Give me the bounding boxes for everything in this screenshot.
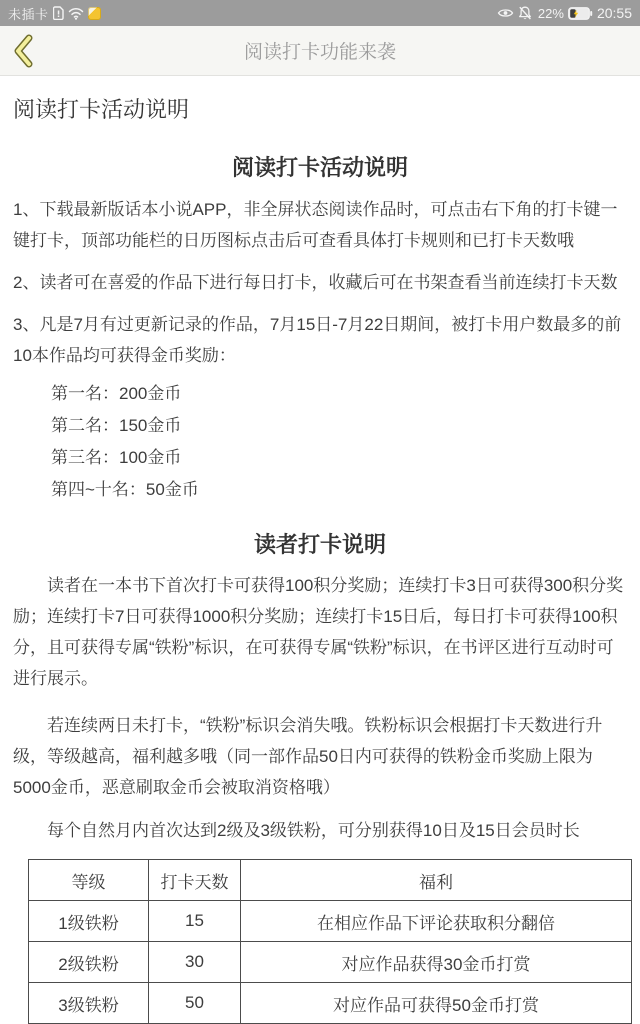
rank-item-second: 第二名：150金币 — [51, 410, 627, 442]
cell-level: 2级铁粉 — [29, 942, 149, 983]
table-row: 2级铁粉 30 对应作品获得30金币打赏 — [29, 942, 632, 983]
reward-ranking-list: 第一名：200金币 第二名：150金币 第三名：100金币 第四~十名：50金币 — [51, 378, 627, 506]
cell-level: 3级铁粉 — [29, 983, 149, 1024]
back-button[interactable] — [10, 33, 36, 69]
cell-days: 15 — [149, 901, 241, 942]
no-sim-icon — [53, 6, 64, 20]
cell-days: 30 — [149, 942, 241, 983]
col-header-level: 等级 — [29, 860, 149, 901]
col-header-days: 打卡天数 — [149, 860, 241, 901]
cell-benefit: 对应作品获得30金币打赏 — [241, 942, 632, 983]
back-chevron-icon — [12, 34, 34, 68]
page-title: 阅读打卡功能来袭 — [0, 37, 640, 64]
activity-rule-2: 2、读者可在喜爱的作品下进行每日打卡，收藏后可在书架查看当前连续打卡天数 — [13, 267, 627, 298]
status-bar: 未插卡 — [0, 0, 640, 26]
rank-item-first: 第一名：200金币 — [51, 378, 627, 410]
article-heading: 阅读打卡活动说明 — [13, 97, 627, 123]
app-notification-badge-icon — [88, 7, 101, 20]
rank-item-third: 第三名：100金币 — [51, 442, 627, 474]
fan-level-table: 等级 打卡天数 福利 1级铁粉 15 在相应作品下评论获取积分翻倍 2级铁粉 3… — [28, 859, 632, 1024]
reader-section-heading: 读者打卡说明 — [13, 530, 627, 560]
mute-icon — [518, 6, 532, 20]
eye-comfort-icon — [497, 7, 514, 19]
carrier-label: 未插卡 — [8, 4, 49, 23]
col-header-benefit: 福利 — [241, 860, 632, 901]
app-header: 阅读打卡功能来袭 — [0, 26, 640, 76]
wifi-icon — [68, 7, 84, 20]
reader-para-2: 若连续两日未打卡，“铁粉”标识会消失哦。铁粉标识会根据打卡天数进行升级，等级越高… — [13, 710, 627, 803]
clock-label: 20:55 — [597, 5, 632, 21]
activity-section-heading: 阅读打卡活动说明 — [13, 153, 627, 183]
table-row: 3级铁粉 50 对应作品可获得50金币打赏 — [29, 983, 632, 1024]
table-header-row: 等级 打卡天数 福利 — [29, 860, 632, 901]
article-body: 阅读打卡活动说明 阅读打卡活动说明 1、下载最新版话本小说APP，非全屏状态阅读… — [0, 97, 640, 1024]
activity-rule-3: 3、凡是7月有过更新记录的作品，7月15日-7月22日期间，被打卡用户数最多的前… — [13, 309, 627, 371]
battery-percent-label: 22% — [538, 6, 564, 21]
cell-benefit: 在相应作品下评论获取积分翻倍 — [241, 901, 632, 942]
cell-level: 1级铁粉 — [29, 901, 149, 942]
battery-icon — [568, 7, 593, 20]
phone-screen: 未插卡 — [0, 0, 640, 1024]
reader-para-3: 每个自然月内首次达到2级及3级铁粉，可分别获得10日及15日会员时长 — [13, 815, 627, 846]
activity-rule-1: 1、下载最新版话本小说APP，非全屏状态阅读作品时，可点击右下角的打卡键一键打卡… — [13, 194, 627, 256]
cell-benefit: 对应作品可获得50金币打赏 — [241, 983, 632, 1024]
rank-item-fourth-to-tenth: 第四~十名：50金币 — [51, 474, 627, 506]
reader-para-1: 读者在一本书下首次打卡可获得100积分奖励；连续打卡3日可获得300积分奖励；连… — [13, 570, 627, 694]
cell-days: 50 — [149, 983, 241, 1024]
table-row: 1级铁粉 15 在相应作品下评论获取积分翻倍 — [29, 901, 632, 942]
